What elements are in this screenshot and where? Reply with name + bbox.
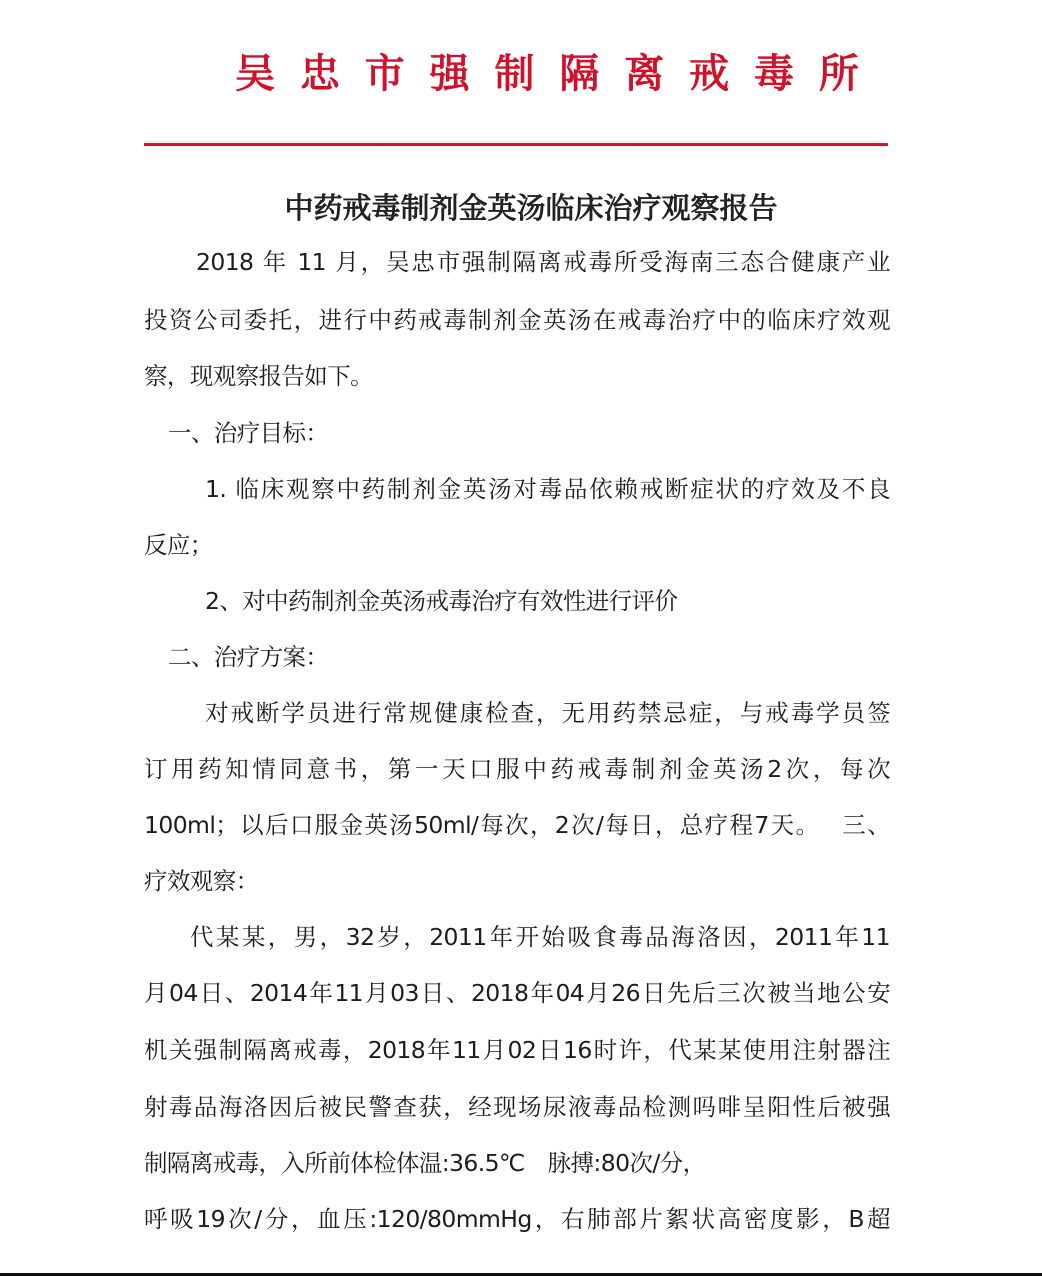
letterhead-char: 吴	[232, 42, 278, 99]
letterhead-char: 市	[362, 42, 408, 99]
paragraph-line: 2018 年 11 月，吴忠市强制隔离戒毒所受海南三态合健康产业	[196, 247, 890, 277]
section-heading: 二、治疗方案：	[168, 642, 914, 672]
letterhead-char: 忠	[297, 42, 343, 99]
letterhead-char: 离	[621, 42, 667, 99]
paragraph-line: 代某某，男，32岁，2011年开始吸食毒品海洛因，2011年11	[190, 922, 890, 952]
paragraph-line: 月04日、2014年11月03日、2018年04月26日先后三次被当地公安	[144, 978, 890, 1008]
paragraph-line: 反应；	[144, 530, 890, 560]
letterhead-char: 所	[816, 42, 862, 99]
section-heading: 一、治疗目标：	[168, 418, 914, 448]
document-title: 中药戒毒制剂金英汤临床治疗观察报告	[144, 186, 918, 227]
letterhead-divider	[144, 143, 888, 146]
paragraph-line: 制隔离戒毒，入所前体检体温:36.5℃ 脉搏:80次/分，	[144, 1148, 890, 1178]
letterhead-char: 制	[492, 42, 538, 99]
paragraph-line: 机关强制隔离戒毒，2018年11月02日16时许，代某某使用注射器注	[144, 1035, 890, 1065]
list-item: 2、对中药制剂金英汤戒毒治疗有效性进行评价	[205, 586, 951, 616]
paragraph-line: 订用药知情同意书，第一天口服中药戒毒制剂金英汤2次，每次	[144, 754, 890, 784]
section-heading: 疗效观察：	[144, 866, 890, 896]
paragraph-line: 呼吸19次/分，血压:120/80mmHg，右肺部片絮状高密度影，B超	[144, 1204, 890, 1234]
letterhead-char: 强	[427, 42, 473, 99]
letterhead-char: 戒	[686, 42, 732, 99]
letterhead-char: 隔	[556, 42, 602, 99]
paragraph-line: 对戒断学员进行常规健康检查，无用药禁忌症，与戒毒学员签	[205, 698, 890, 728]
letterhead-org-name: 吴 忠 市 强 制 隔 离 戒 毒 所	[232, 42, 862, 98]
paragraph-line: 100ml；以后口服金英汤50ml/每次，2次/每日，总疗程7天。 三、	[144, 810, 890, 840]
paragraph-line: 射毒品海洛因后被民警查获，经现场尿液毒品检测吗啡呈阳性后被强	[144, 1092, 890, 1122]
paragraph-line: 投资公司委托，进行中药戒毒制剂金英汤在戒毒治疗中的临床疗效观	[144, 305, 890, 335]
paragraph-line: 察，现观察报告如下。	[144, 361, 890, 391]
letterhead-char: 毒	[751, 42, 797, 99]
list-item: 1. 临床观察中药制剂金英汤对毒品依赖戒断症状的疗效及不良	[205, 474, 890, 504]
